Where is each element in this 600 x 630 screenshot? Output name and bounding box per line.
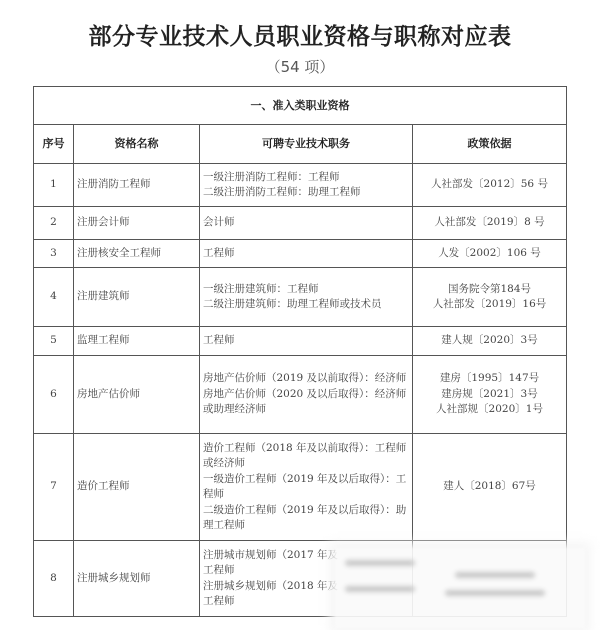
section-header-row: 一、准入类职业资格 [34, 87, 567, 125]
row-index: 6 [34, 356, 74, 434]
qualification-name: 监理工程师 [74, 327, 200, 356]
row-index: 2 [34, 207, 74, 240]
column-header-row: 序号 资格名称 可聘专业技术职务 政策依据 [34, 125, 567, 164]
row-index: 5 [34, 327, 74, 356]
policy-line: 人社部发〔2019〕8 号 [416, 215, 563, 231]
column-header-basis: 政策依据 [413, 125, 567, 164]
blurred-watermark-region [335, 548, 585, 628]
row-index: 4 [34, 268, 74, 327]
position-line: 会计师 [203, 215, 409, 231]
policy-basis: 人社部发〔2019〕8 号 [413, 207, 567, 240]
qualification-name: 造价工程师 [74, 434, 200, 541]
policy-line: 国务院令第184号 [416, 282, 563, 298]
table-row: 7造价工程师造价工程师（2018 年及以前取得）：工程师或经济师一级造价工程师（… [34, 434, 567, 541]
table-row: 1注册消防工程师一级注册消防工程师：工程师二级注册消防工程师：助理工程师人社部发… [34, 164, 567, 207]
position-line: 二级注册消防工程师：助理工程师 [203, 185, 409, 201]
policy-basis: 建人规〔2020〕3号 [413, 327, 567, 356]
policy-basis: 国务院令第184号人社部发〔2019〕16号 [413, 268, 567, 327]
position-line: 二级注册建筑师：助理工程师或技术员 [203, 297, 409, 313]
policy-line: 人社部发〔2019〕16号 [416, 297, 563, 313]
qualification-table: 一、准入类职业资格 序号 资格名称 可聘专业技术职务 政策依据 1注册消防工程师… [33, 86, 567, 617]
column-header-name: 资格名称 [74, 125, 200, 164]
section-title: 一、准入类职业资格 [34, 87, 567, 125]
position-line: 一级注册建筑师：工程师 [203, 282, 409, 298]
eligible-positions: 工程师 [200, 327, 413, 356]
policy-basis: 人社部发〔2012〕56 号 [413, 164, 567, 207]
policy-basis: 人发〔2002〕106 号 [413, 240, 567, 268]
table-row: 3注册核安全工程师工程师人发〔2002〕106 号 [34, 240, 567, 268]
position-line: 工程师 [203, 246, 409, 262]
policy-basis: 建房〔1995〕147号建房规〔2021〕3号人社部规〔2020〕1号 [413, 356, 567, 434]
position-line: 一级造价工程师（2019 年及以后取得）：工程师 [203, 472, 409, 503]
qualification-name: 房地产估价师 [74, 356, 200, 434]
table-row: 4注册建筑师一级注册建筑师：工程师二级注册建筑师：助理工程师或技术员国务院令第1… [34, 268, 567, 327]
position-line: 房地产估价师（2019 及以前取得）：经济师 [203, 371, 409, 387]
policy-line: 建人〔2018〕67号 [416, 479, 563, 495]
row-index: 7 [34, 434, 74, 541]
qualification-name: 注册建筑师 [74, 268, 200, 327]
position-line: 一级注册消防工程师：工程师 [203, 170, 409, 186]
row-index: 3 [34, 240, 74, 268]
column-header-positions: 可聘专业技术职务 [200, 125, 413, 164]
position-line: 造价工程师（2018 年及以前取得）：工程师或经济师 [203, 441, 409, 472]
policy-basis: 建人〔2018〕67号 [413, 434, 567, 541]
table-row: 6房地产估价师房地产估价师（2019 及以前取得）：经济师房地产估价师（2020… [34, 356, 567, 434]
column-header-index: 序号 [34, 125, 74, 164]
qualification-name: 注册核安全工程师 [74, 240, 200, 268]
policy-line: 人发〔2002〕106 号 [416, 246, 563, 262]
policy-line: 人社部发〔2012〕56 号 [416, 177, 563, 193]
position-line: 房地产估价师（2020 及以后取得）：经济师或助理经济师 [203, 387, 409, 418]
policy-line: 建房〔1995〕147号 [416, 371, 563, 387]
row-index: 8 [34, 541, 74, 617]
document-subtitle: （54 项） [0, 56, 600, 77]
eligible-positions: 会计师 [200, 207, 413, 240]
row-index: 1 [34, 164, 74, 207]
qualification-name: 注册城乡规划师 [74, 541, 200, 617]
policy-line: 建人规〔2020〕3号 [416, 333, 563, 349]
table-row: 5监理工程师工程师建人规〔2020〕3号 [34, 327, 567, 356]
eligible-positions: 一级注册消防工程师：工程师二级注册消防工程师：助理工程师 [200, 164, 413, 207]
eligible-positions: 一级注册建筑师：工程师二级注册建筑师：助理工程师或技术员 [200, 268, 413, 327]
position-line: 工程师 [203, 333, 409, 349]
position-line: 二级造价工程师（2019 年及以后取得）：助理工程师 [203, 503, 409, 534]
eligible-positions: 造价工程师（2018 年及以前取得）：工程师或经济师一级造价工程师（2019 年… [200, 434, 413, 541]
eligible-positions: 工程师 [200, 240, 413, 268]
table-row: 2注册会计师会计师人社部发〔2019〕8 号 [34, 207, 567, 240]
document-title: 部分专业技术人员职业资格与职称对应表 [0, 18, 600, 51]
policy-line: 人社部规〔2020〕1号 [416, 402, 563, 418]
policy-line: 建房规〔2021〕3号 [416, 387, 563, 403]
qualification-name: 注册消防工程师 [74, 164, 200, 207]
qualification-name: 注册会计师 [74, 207, 200, 240]
eligible-positions: 房地产估价师（2019 及以前取得）：经济师房地产估价师（2020 及以后取得）… [200, 356, 413, 434]
